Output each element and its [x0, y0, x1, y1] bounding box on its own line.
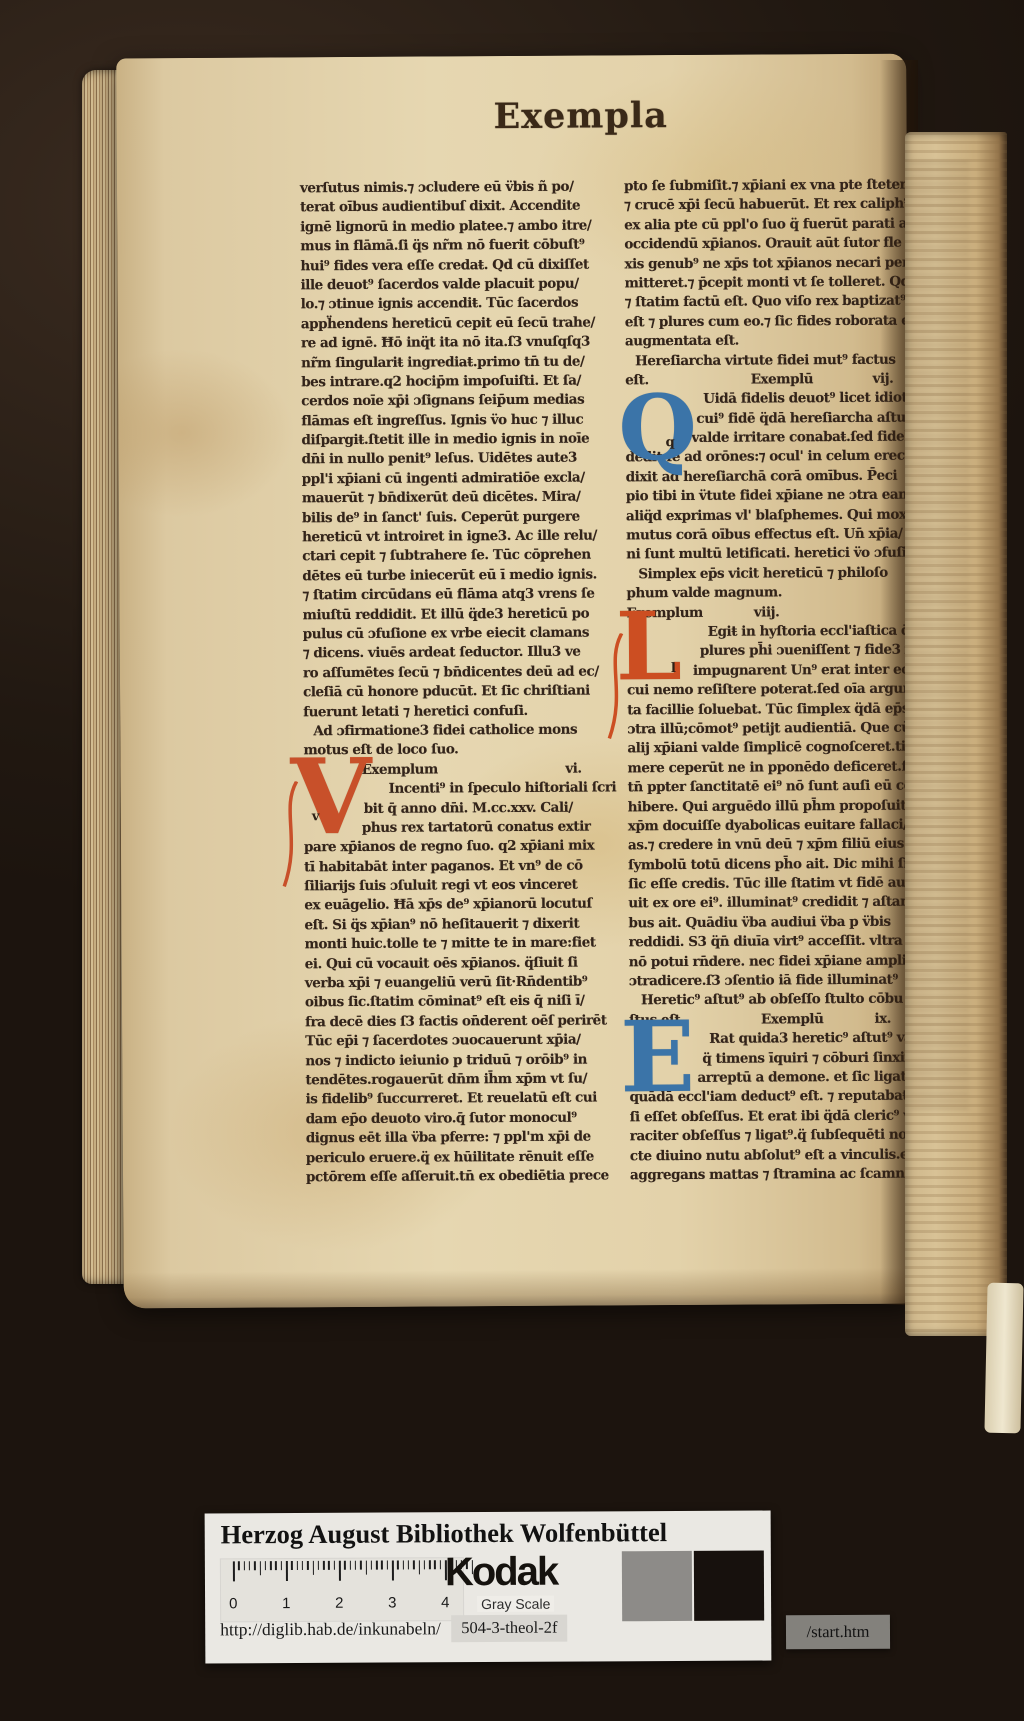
text-line: monti huic.tolle te ⁊ mitte te in mare:f… — [305, 934, 571, 955]
text-line: reddidi. S3 q̈n̄ diuīa virt⁹ acceſſit. v… — [629, 932, 895, 953]
ruler-number: 3 — [388, 1594, 396, 1611]
text-line: dignus eēt illa v̈ba pferre: ⁊ ppl'm xp̄… — [306, 1128, 572, 1149]
text-line: is fidelib⁹ ſuccurreret. Et reuelatū eſt… — [305, 1089, 571, 1110]
gray-scale-patch-light — [622, 1551, 692, 1621]
text-line: bilis de⁹ in ſanct' ſuis. Ceperūt purger… — [302, 507, 568, 528]
text-line: cte diuino nutu abſolut⁹ eſt a vinculis.… — [630, 1145, 896, 1166]
text-line: ſiliarijs ſuis ɔſuluit regi vt eos vince… — [304, 876, 570, 897]
text-line: xis genub⁹ ne xp̄s tot xp̄ianos necari p… — [624, 253, 890, 274]
text-line: bes intrare.q2 hocip̄m impoſuiſti. Et ſa… — [301, 372, 567, 393]
ruler-tick — [265, 1561, 267, 1570]
ruler-tick — [238, 1561, 240, 1570]
text-line: aggregans mattas ⁊ ſtramina ac ſcamna — [630, 1165, 896, 1186]
ruler-tick — [254, 1561, 256, 1570]
text-line: ta facillie ſoluebat. Tūc ſimplex q̈dā e… — [627, 699, 893, 720]
text-line: verba xp̄i ⁊ euangeliū verū ſit·Rn̄denti… — [305, 973, 571, 994]
text-line: tendētes.rogauerūt dn̄m ih̄m xp̄m vt ſu/ — [305, 1070, 571, 1091]
illuminated-initial-q: Q — [618, 382, 697, 472]
ruler-tick — [318, 1561, 320, 1570]
text-line: ⁊ crucē xp̄i ſecū habuerūt. Et rex calip… — [624, 195, 890, 216]
text-line: augmentata eſt. — [625, 331, 891, 352]
ruler-number: 0 — [229, 1595, 237, 1612]
text-line: fra decē dies ſ3 factis on̄derent oēſ pe… — [305, 1011, 571, 1032]
text-line: ſic eſſe credis. Tūc ille ſtatim vt fidē… — [628, 874, 894, 895]
ruler-tick — [381, 1561, 383, 1570]
bleed-through-texture — [909, 162, 969, 1112]
text-line: ɔtradicere.ſ3 ɔſentio iā fide illuminat⁹ — [629, 971, 895, 992]
text-line: ignē lignorū in medio platee.⁊ ambo itre… — [300, 216, 566, 237]
text-line: ex alia pte cū ppl'o ſuo q̈ fuerūt parat… — [624, 214, 890, 235]
ruler-tick — [334, 1561, 336, 1570]
ruler-tick — [296, 1561, 298, 1570]
text-line: hereticū vt introiret in igne3. Ac ille … — [302, 527, 568, 548]
text-line: pctōrem eſſe aſſeruit.tn̄ ex obediētia p… — [306, 1167, 572, 1188]
text-line: nr̃m ſingulariŧ ingrediaŧ.primo tn̄ tu d… — [301, 352, 567, 373]
kodak-logo: Kodak — [445, 1550, 557, 1596]
ruler-tick — [387, 1561, 389, 1570]
text-line: hibere. Qui arguēdo illū ph̄m propoſuit — [628, 796, 894, 817]
text-line: tn̄ ppter ſanctitatē ei⁹ nō ſunt auſi eū… — [628, 777, 894, 798]
text-line: Tūc ep̄i ⁊ ſacerdotes ɔuocauerunt xp̄ia/ — [305, 1031, 571, 1052]
ruler-tick — [307, 1561, 309, 1570]
text-line: ille deuot⁹ ſacerdos valde placuit popu/ — [301, 275, 567, 296]
ruler-tick — [323, 1561, 325, 1570]
library-label-card: Herzog August Bibliothek Wolfenbüttel 01… — [205, 1511, 772, 1664]
text-line: mauerūt ⁊ bn̄dixerūt deū dicētes. Mira/ — [302, 488, 568, 509]
ruler-tick — [291, 1561, 293, 1570]
ruler-tick — [233, 1561, 235, 1581]
text-line: as.⁊ credere in vnū deū ⁊ xp̄m filiū eiu… — [628, 835, 894, 856]
text-line: dētes eū turbe iniecerūt eū ī medio igni… — [302, 565, 568, 586]
ruler-tick — [344, 1561, 346, 1570]
ruler-tick — [281, 1561, 283, 1570]
text-line: mus in flāmā.ſi q̈s nr̃m nō fuerit cōbuſ… — [300, 236, 566, 257]
text-line: bus ait. Quādiu v̈ba audiui v̈ba p v̈bis — [628, 913, 894, 934]
text-line: re ad ignē. Ħō inq̈t ita nō ita.ſ3 vnuſq… — [301, 333, 567, 354]
ruler-tick — [249, 1561, 251, 1570]
ruler-tick — [440, 1560, 442, 1569]
text-line: lo.⁊ ɔtinue ignis accendiŧ. Tūc ſacerdos — [301, 294, 567, 315]
text-line: Simplex ep̄s vicit hereticū ⁊ philoſo — [626, 564, 892, 585]
text-line: nos ⁊ indicto ieiunio p triduū ⁊ orōib⁹ … — [305, 1050, 571, 1071]
text-line: pto ſe ſubmiſit.⁊ xp̄iani ex vna pte ſte… — [624, 176, 890, 197]
text-line: appḧendens hereticū cepit eū ſecū trahe/ — [301, 313, 567, 334]
ruler-tick — [402, 1560, 404, 1569]
ruler-tick — [434, 1560, 436, 1569]
ruler-tick — [418, 1560, 420, 1574]
text-line: flāmas eſt ingreſſus. Ignis v̈o huc ⁊ il… — [301, 410, 567, 431]
text-line: cerdos noīe xp̄i ɔſignans ſeip̄um medias — [301, 391, 567, 412]
text-line: terat oībus audientibuſ dixit. Accendite — [300, 197, 566, 218]
guide-letter: l — [671, 661, 676, 676]
ruler-tick — [259, 1561, 261, 1575]
text-line: dam ep̄o deuoto viro.q̄ ſutor monocul⁹ — [306, 1108, 572, 1129]
running-title: Exempla — [493, 95, 693, 137]
ruler-tick — [355, 1561, 357, 1570]
illuminated-initials-layer: VvQqLlE — [116, 54, 906, 59]
text-line: eſt. Si q̈s xp̄ian⁹ nō heſitauerit ⁊ dix… — [304, 915, 570, 936]
text-line: miuſtū reddidit. Et illū q̈de3 hereticū … — [303, 604, 569, 625]
guide-letter: v — [312, 809, 320, 824]
text-line: uit ex ore ei⁹. illuminat⁹ credidit ⁊ aſ… — [628, 893, 894, 914]
ruler-tick — [413, 1560, 415, 1569]
ruler-number: 4 — [441, 1594, 449, 1611]
text-line: occidendū xp̄ianos. Orauit aūt ſutor fle — [624, 234, 890, 255]
text-line: ⁊ dicens. viuēs ardeat ſeductor. Illu3 v… — [303, 643, 569, 664]
text-line: ei. Qui cū vocauit oēs xp̄ianos. q̈ſiuit… — [305, 953, 571, 974]
ruler-tick — [392, 1560, 394, 1580]
text-column-left: verſutus nimis.⁊ ɔcludere eū v̈bis ñ po/… — [300, 178, 572, 1188]
text-line: fuerunt letati ⁊ heretici confuſi. — [303, 701, 569, 722]
text-line: nō potui rn̄dere. nec fidei xp̄iane ampl… — [629, 951, 895, 972]
ruler: 01234 — [221, 1558, 463, 1621]
text-line: ⁊ ſtatim circūdans eū flāma atq3 vrens ſ… — [302, 585, 568, 606]
text-line: cleſiā cū honore pducūt. Et ſic chriſtia… — [303, 682, 569, 703]
initial-flourish — [602, 633, 629, 743]
text-line: ppl'i xp̄iani cū ingenti admiratiōe excl… — [302, 469, 568, 490]
ruler-number: 2 — [335, 1595, 343, 1612]
ruler-tick — [243, 1561, 245, 1570]
book-page: Exempla verſutus nimis.⁊ ɔcludere eū v̈b… — [116, 54, 914, 1309]
ruler-tick — [312, 1561, 314, 1575]
ruler-tick — [286, 1561, 288, 1581]
text-line: mutus corā oībus effectus eſt. Un̄ xp̄ia… — [626, 525, 892, 546]
text-line: mitteret.⁊ p̄cepit monti vt ſe tolleret.… — [625, 273, 891, 294]
text-line: pio tibi in v̈tute fidei xp̄iane ne ɔtra… — [626, 486, 892, 507]
ruler-tick — [429, 1560, 431, 1569]
text-line: tī habitabāt inter paganos. Et vn⁹ de cō — [304, 856, 570, 877]
text-line: xp̄m docuiſſe dyabolicas euitare fallaci… — [628, 816, 894, 837]
illuminated-initial-e: E — [620, 1008, 695, 1106]
text-line: hui⁹ fides vera eſſe credaŧ. Qd cū dixiſ… — [300, 255, 566, 276]
text-line: ſymbolū totū dicens ph̄o ait. Dic mihi ſ… — [628, 854, 894, 875]
guide-letter: q — [666, 435, 675, 450]
text-line: pulus cū ɔfuſione ex vrbe eiecit clamans — [303, 624, 569, 645]
ruler-tick — [371, 1561, 373, 1570]
text-line: oibus ſic.ſtatim cōminat⁹ eſt eis q̄ niſ… — [305, 992, 571, 1013]
ruler-tick — [328, 1561, 330, 1570]
ruler-tick — [349, 1561, 351, 1570]
ruler-tick — [376, 1561, 378, 1570]
text-line: Hereſiarcha virtute fidei mut⁹ factus — [625, 350, 891, 371]
text-line: ni ſunt multū letificati. heretici v̈o ɔ… — [626, 544, 892, 565]
ruler-number: 1 — [282, 1595, 290, 1612]
text-line: raciter obſeſſus ⁊ ligat⁹.q̈ ſubſequēti … — [630, 1126, 896, 1147]
ruler-tick — [424, 1560, 426, 1569]
text-line: aliq̈d exprimas vl' blaſphemes. Qui mox — [626, 505, 892, 526]
text-line: verſutus nimis.⁊ ɔcludere eū v̈bis ñ po/ — [300, 178, 566, 199]
gray-scale-label: Gray Scale — [477, 1596, 554, 1612]
text-line: mere ceperūt ne in pponēdo deficeret.ſed — [627, 757, 893, 778]
ruler-tick — [365, 1561, 367, 1575]
text-line: ⁊ ſtatim factū eſt. Quo viſo rex baptiza… — [625, 292, 891, 313]
text-line: ex euāgelio. Ħā xp̄s de⁹ xp̄ianorū locut… — [304, 895, 570, 916]
library-name: Herzog August Bibliothek Wolfenbüttel — [221, 1517, 761, 1551]
fore-edge-right — [905, 132, 1007, 1336]
photo-scene: Exempla verſutus nimis.⁊ ɔcludere eū v̈b… — [0, 0, 1024, 1721]
text-line: eſt ⁊ plures cum eo.⁊ ſic fides roborata… — [625, 311, 891, 332]
initial-flourish — [277, 781, 304, 891]
ruler-tick — [408, 1560, 410, 1569]
text-line: periculo eruere.q̈ ex hūilitate rēnuit e… — [306, 1147, 572, 1168]
gray-scale-patch-dark — [694, 1551, 764, 1621]
text-line: ɔtra illū;cōmot⁹ petijt audientiā. Que c… — [627, 719, 893, 740]
text-line: alij xp̄iani valde ſimplicē cognoſceret.… — [627, 738, 893, 759]
text-line: ro aſſumētes ſecū ⁊ bn̄dicentes deū ad e… — [303, 662, 569, 683]
ruler-tick — [270, 1561, 272, 1570]
ruler-tick — [397, 1560, 399, 1569]
text-line: ctari cepit ⁊ ſubtrahere ſe. Tūc cōprehe… — [302, 546, 568, 567]
text-line: diſpargiŧ.ſtetit ille in medio ignis in … — [301, 430, 567, 451]
shelfmark: 504-3-theol-2f — [451, 1615, 567, 1643]
start-page-link: /start.htm — [786, 1615, 890, 1650]
page-edge-strip-bottom-right — [984, 1283, 1023, 1434]
digitization-url: http://diglib.hab.de/inkunabeln/ — [220, 1618, 441, 1640]
ruler-tick — [302, 1561, 304, 1570]
ruler-tick — [339, 1561, 341, 1581]
ruler-tick — [360, 1561, 362, 1570]
ruler-tick — [275, 1561, 277, 1570]
text-line: dn̄i in nullo penit⁹ leſus. Uidētes aute… — [302, 449, 568, 470]
